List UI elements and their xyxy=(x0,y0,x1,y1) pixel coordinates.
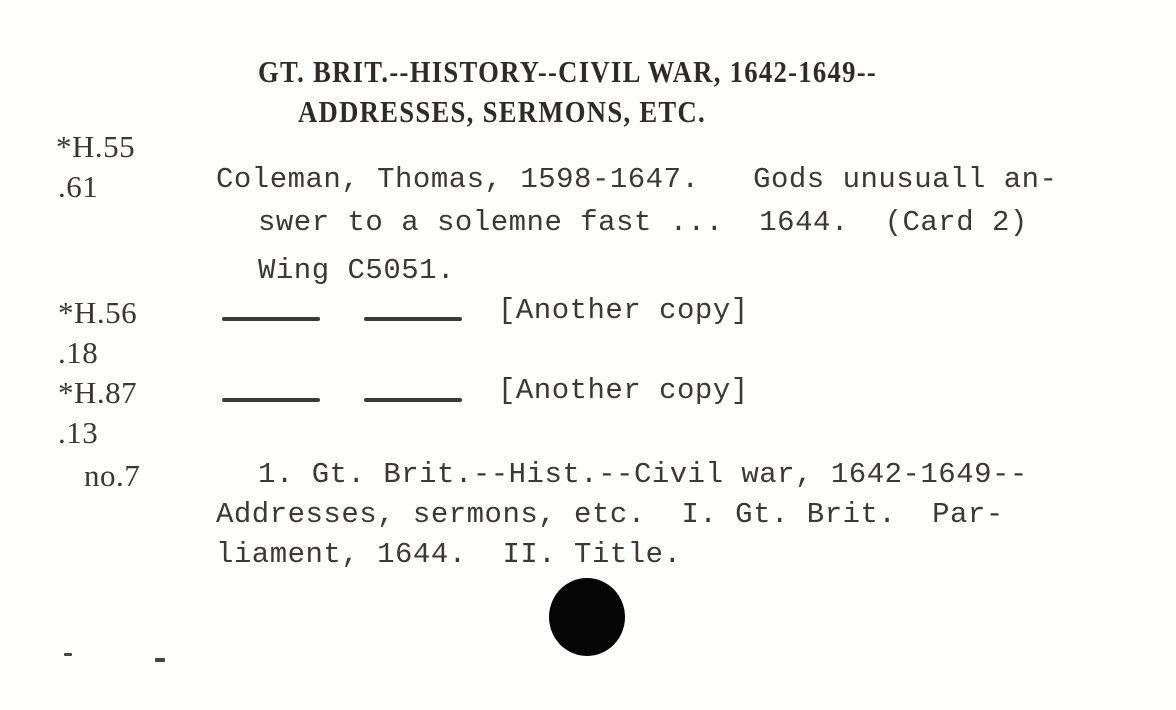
call-number-3: *H.87 xyxy=(58,377,137,408)
catalog-card: GT. BRIT.--HISTORY--CIVIL WAR, 1642-1649… xyxy=(0,0,1176,710)
subject-heading-line-1: GT. BRIT.--HISTORY--CIVIL WAR, 1642-1649… xyxy=(258,56,877,87)
call-number-1-suffix: .61 xyxy=(58,171,98,202)
ditto-dash xyxy=(364,398,462,402)
another-copy-2: [Another copy] xyxy=(498,376,749,405)
main-entry-line-1: Coleman, Thomas, 1598-1647. Gods unusual… xyxy=(216,165,1057,194)
ditto-dash xyxy=(222,398,320,402)
call-number-1: *H.55 xyxy=(56,131,135,162)
call-number-3-suffix: .13 xyxy=(58,417,98,448)
punch-hole xyxy=(549,578,625,656)
tracings-line-2: Addresses, sermons, etc. I. Gt. Brit. Pa… xyxy=(216,500,1004,529)
main-entry-line-3: Wing C5051. xyxy=(258,256,455,285)
ditto-dash xyxy=(364,317,462,321)
another-copy-1: [Another copy] xyxy=(498,296,749,325)
tracings-line-1: 1. Gt. Brit.--Hist.--Civil war, 1642-164… xyxy=(258,460,1028,489)
subject-heading-line-2: ADDRESSES, SERMONS, ETC. xyxy=(298,96,706,127)
ditto-dash xyxy=(222,317,320,321)
main-entry-line-2: swer to a solemne fast ... 1644. (Card 2… xyxy=(258,208,1028,237)
call-number-3-volume: no.7 xyxy=(84,460,140,491)
ink-speck xyxy=(64,653,72,656)
call-number-2: *H.56 xyxy=(58,297,137,328)
ink-speck xyxy=(155,658,165,662)
tracings-line-3: liament, 1644. II. Title. xyxy=(216,540,681,569)
call-number-2-suffix: .18 xyxy=(58,337,98,368)
